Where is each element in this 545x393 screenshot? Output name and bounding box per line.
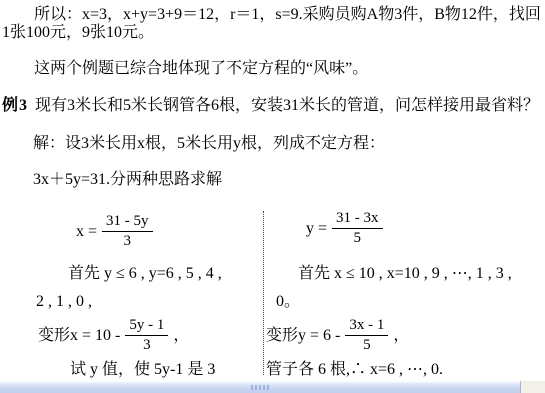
right-step1-continuation: 0。 — [276, 293, 300, 311]
left-step1-text: 首先 y ≤ 6 , y=6 , 5 , 4 , — [68, 265, 222, 283]
fraction-numerator: 31 - 5y — [102, 213, 153, 232]
left-step1-continuation: 2 , 1 , 0 , — [36, 293, 92, 311]
fraction-denominator: 3 — [125, 336, 168, 354]
paragraph-comment: 这两个例题已综合地体现了不定方程的“风味”。 — [2, 60, 543, 78]
right-formula-y: y = 31 - 3x 5 — [306, 210, 388, 247]
left-formula-fraction: 31 - 5y 3 — [102, 213, 153, 250]
left-formula-x: x = 31 - 5y 3 — [76, 213, 158, 250]
left-transform-formula: 变形x = 10 - 5y - 1 3 ， — [38, 317, 189, 354]
example3-label: 例3 — [2, 97, 28, 114]
right-step1-text: 首先 x ≤ 10 , x=10 , 9 , ⋯, 1 , 3 , — [298, 265, 512, 283]
paragraph-solution-intro: 解：设3米长用x根，5米长用y根，列成不定方程： — [33, 135, 533, 153]
scrollbar-grip-icon — [251, 385, 269, 390]
column-divider-dotted-line — [263, 211, 264, 375]
two-column-solution-area: x = 31 - 5y 3 首先 y ≤ 6 , y=6 , 5 , 4 , 2… — [0, 203, 545, 381]
fraction-denominator: 5 — [345, 336, 388, 354]
scrollbar-thumb[interactable] — [0, 381, 521, 393]
right-transform-prefix: 变形y = 6 - — [266, 327, 340, 345]
right-step2-text: 管子各 6 根,∴ x=6 , ⋯, 0. — [266, 361, 443, 379]
fraction-numerator: 5y - 1 — [125, 317, 168, 336]
example3-text: 现有3米长和5米长钢管各6根，安装31米长的管道，问怎样接用最省料？ — [35, 97, 539, 114]
left-transform-suffix: ， — [173, 327, 189, 345]
left-formula-lhs: x = — [76, 223, 97, 241]
right-transform-suffix: ， — [393, 327, 409, 345]
fraction-denominator: 3 — [102, 232, 153, 250]
paragraph-equation: 3x＋5y=31.分两种思路求解 — [33, 171, 533, 189]
right-formula-lhs: y = — [306, 220, 327, 238]
fraction-numerator: 31 - 3x — [332, 210, 383, 229]
paragraph-example3: 例3现有3米长和5米长钢管各6根，安装31米长的管道，问怎样接用最省料？ — [2, 97, 543, 115]
right-formula-fraction: 31 - 3x 5 — [332, 210, 383, 247]
right-transform-fraction: 3x - 1 5 — [345, 317, 388, 354]
fraction-denominator: 5 — [332, 229, 383, 247]
left-transform-prefix: 变形x = 10 - — [38, 327, 120, 345]
left-step2-text: 试 y 值，使 5y-1 是 3 — [70, 361, 215, 379]
fraction-numerator: 3x - 1 — [345, 317, 388, 336]
horizontal-scrollbar[interactable] — [0, 381, 545, 393]
document-page: 所以：x=3，x+y=3+9＝12，r＝1，s=9.采购员购A物3件，B物12件… — [0, 0, 545, 393]
paragraph-conclusion: 所以：x=3，x+y=3+9＝12，r＝1，s=9.采购员购A物3件，B物12件… — [2, 6, 543, 42]
right-transform-formula: 变形y = 6 - 3x - 1 5 ， — [266, 317, 409, 354]
left-transform-fraction: 5y - 1 3 — [125, 317, 168, 354]
